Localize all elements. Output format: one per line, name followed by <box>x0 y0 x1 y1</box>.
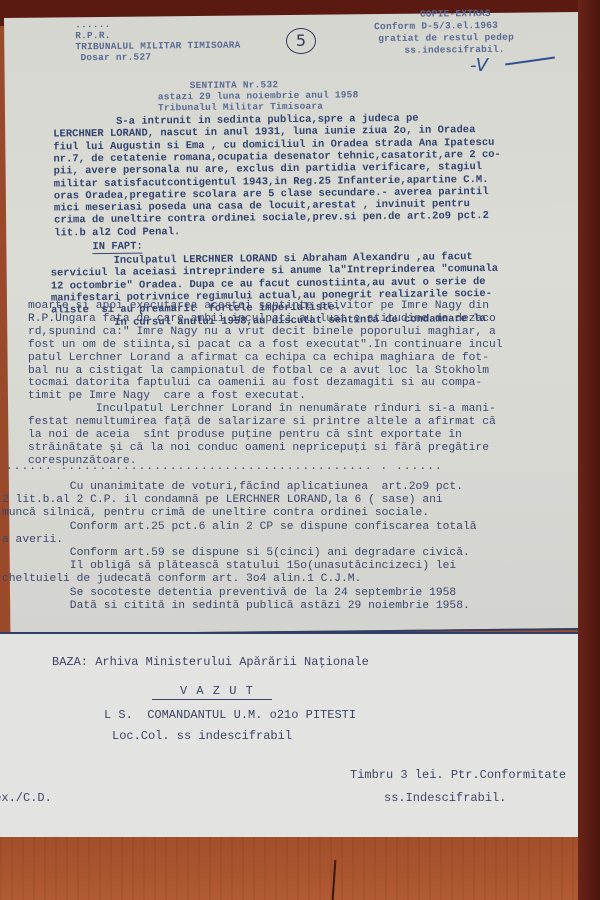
text-line: Conform art.59 se dispune si 5(cinci) an… <box>2 547 470 560</box>
text-line: Dată si citită in sedintă publică astăzi… <box>2 600 470 613</box>
header-left-line2: R.P.R. <box>75 30 111 41</box>
footer-commander-signature: Loc.Col. ss indescifrabil <box>112 729 292 743</box>
footer-commander: L S. COMANDANTUL U.M. o21o PITESTI <box>104 708 356 722</box>
section-heading-facts: IN FAPT: <box>92 241 143 255</box>
text-line: a averii. <box>2 534 63 547</box>
text-line: Se socoteste detentia preventivă de la 2… <box>2 587 456 600</box>
text-line: tocmai datorita faptului ca oamenii au f… <box>28 377 482 390</box>
text-line: timit pe Imre Nagy care a fost executat. <box>28 390 306 403</box>
header-left-file-number: Dosar nr.527 <box>80 51 151 63</box>
text-line: Conform art.25 pct.6 alin 2 CP se dispun… <box>2 521 477 534</box>
text-line: Inculpatul Lerchner Lorand în nenumărate… <box>28 403 496 416</box>
footer-seen: V A Z U T <box>152 684 272 700</box>
header-left-line1: ...... <box>75 19 111 30</box>
footer-stamp: Timbru 3 lei. Ptr.Conformitate <box>350 768 566 782</box>
header-right-title: COPIE-EXTRAS <box>420 8 491 20</box>
footer-stamp-signature: ss.Indescifrabil. <box>384 791 506 805</box>
check-mark-icon: -V <box>470 55 488 76</box>
text-line: străinătate şi că la noi conduc oameni n… <box>28 442 489 455</box>
text-line: Cu unanimitate de voturi,făcînd aplicati… <box>2 481 463 494</box>
text-line: fost un om de stiinta,si pacat ca a fost… <box>28 339 503 352</box>
text-line: lit.b al2 Cod Penal. <box>54 226 180 240</box>
footer-source: BAZA: Arhiva Ministerului Apărării Naţio… <box>52 655 369 669</box>
text-line: rd,spunind ca:" Imre Nagy nu a vrut deci… <box>28 326 496 339</box>
title-court: Tribunalul Militar Timisoara <box>158 101 323 114</box>
header-right-signature: ss.indescifrabil. <box>404 44 504 56</box>
separator-line <box>0 632 600 634</box>
background-right-edge <box>578 0 600 900</box>
text-line: 2 lit.b.al 2 C.P. il condamnă pe LERCHNE… <box>2 494 443 507</box>
text-line: festat nemultumirea faţă de salarizare s… <box>28 416 496 429</box>
text-line: R.P.Ungara fata de care ambii inculpati … <box>28 313 496 326</box>
text-line: bal nu a cistigat la campionatul de fotb… <box>28 365 489 378</box>
text-line: la noi de aceia sînt produse puţine pent… <box>28 429 462 442</box>
header-right-line3: gratiat de restul pedep <box>378 32 514 44</box>
page-number-circled: 5 <box>286 28 316 54</box>
text-line: moarte si apoi executarea acestei sentin… <box>28 300 489 313</box>
header-left-institution: TRIBUNALUL MILITAR TIMISOARA <box>75 40 240 53</box>
footer-copies: 2ex./C.D. <box>0 791 52 805</box>
text-line: Il obligă să plătească statului 15o(unas… <box>2 560 456 573</box>
text-line: muncă silnică, pentru crimă de uneltire … <box>2 507 429 520</box>
dotted-separator: ...... .................................… <box>6 461 596 473</box>
wooden-table <box>0 837 600 900</box>
text-line: patul Lerchner Lorand a afirmat ca echip… <box>28 352 489 365</box>
text-line: cheltuieli de judecată conform art. 3o4 … <box>2 573 361 586</box>
header-right-line2: Conform D-5/3.el.1963 <box>374 20 498 32</box>
